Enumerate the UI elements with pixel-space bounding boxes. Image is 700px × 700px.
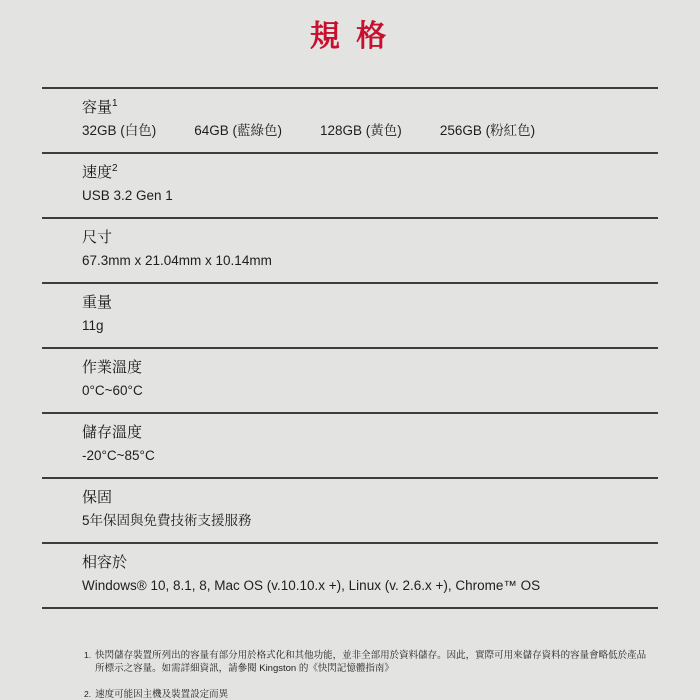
spec-row-dimensions: 尺寸 67.3mm x 21.04mm x 10.14mm — [42, 217, 658, 282]
spec-label-speed: 速度2 — [82, 163, 658, 183]
spec-label-text: 容量 — [82, 99, 112, 116]
footnote-text: 快閃儲存裝置所列出的容量有部分用於格式化和其他功能，並非全部用於資料儲存。因此，… — [95, 649, 652, 675]
spec-label-weight: 重量 — [82, 293, 658, 313]
footnote-1: 1. 快閃儲存裝置所列出的容量有部分用於格式化和其他功能，並非全部用於資料儲存。… — [84, 649, 652, 675]
spec-value-compatibility: Windows® 10, 8.1, 8, Mac OS (v.10.10.x +… — [82, 577, 658, 595]
spec-row-capacity: 容量1 32GB (白色) 64GB (藍綠色) 128GB (黃色) 256G… — [42, 87, 658, 152]
capacity-option: 64GB (藍綠色) — [194, 122, 282, 140]
spec-value-operating-temperature: 0°C~60°C — [82, 382, 658, 400]
spec-value-weight: 11g — [82, 317, 658, 335]
spec-label-text: 尺寸 — [82, 229, 112, 246]
capacity-option: 32GB (白色) — [82, 122, 156, 140]
spec-value-dimensions: 67.3mm x 21.04mm x 10.14mm — [82, 252, 658, 270]
spec-row-warranty: 保固 5年保固與免費技術支援服務 — [42, 477, 658, 542]
spec-label-capacity: 容量1 — [82, 98, 658, 118]
spec-label-compatibility: 相容於 — [82, 553, 658, 573]
spec-row-weight: 重量 11g — [42, 282, 658, 347]
spec-label-storage-temperature: 儲存溫度 — [82, 423, 658, 443]
page-title: 規 格 — [0, 0, 700, 56]
spec-label-text: 相容於 — [82, 554, 127, 571]
spec-label-text: 保固 — [82, 489, 112, 506]
spec-sheet-page: 規 格 容量1 32GB (白色) 64GB (藍綠色) 128GB (黃色) … — [0, 0, 700, 700]
capacity-options: 32GB (白色) 64GB (藍綠色) 128GB (黃色) 256GB (粉… — [82, 122, 658, 140]
footnote-text: 速度可能因主機及裝置設定而異 — [95, 688, 228, 700]
footnotes: 1. 快閃儲存裝置所列出的容量有部分用於格式化和其他功能，並非全部用於資料儲存。… — [84, 649, 652, 700]
spec-row-storage-temperature: 儲存溫度 -20°C~85°C — [42, 412, 658, 477]
spec-row-speed: 速度2 USB 3.2 Gen 1 — [42, 152, 658, 217]
spec-value-speed: USB 3.2 Gen 1 — [82, 187, 658, 205]
spec-label-text: 重量 — [82, 294, 112, 311]
spec-label-text: 速度 — [82, 164, 112, 181]
footnote-marker: 1. — [84, 649, 95, 661]
spec-label-text: 作業溫度 — [82, 359, 142, 376]
footnote-ref-1: 1 — [112, 98, 118, 109]
spec-value-warranty: 5年保固與免費技術支援服務 — [82, 512, 658, 530]
footnote-ref-2: 2 — [112, 163, 118, 174]
spec-label-operating-temperature: 作業溫度 — [82, 358, 658, 378]
capacity-option: 256GB (粉紅色) — [440, 122, 535, 140]
spec-label-text: 儲存溫度 — [82, 424, 142, 441]
spec-label-warranty: 保固 — [82, 488, 658, 508]
spec-value-storage-temperature: -20°C~85°C — [82, 447, 658, 465]
footnote-marker: 2. — [84, 688, 95, 700]
spec-label-dimensions: 尺寸 — [82, 228, 658, 248]
spec-row-operating-temperature: 作業溫度 0°C~60°C — [42, 347, 658, 412]
spec-table: 容量1 32GB (白色) 64GB (藍綠色) 128GB (黃色) 256G… — [42, 87, 658, 609]
spec-row-compatibility: 相容於 Windows® 10, 8.1, 8, Mac OS (v.10.10… — [42, 542, 658, 607]
capacity-option: 128GB (黃色) — [320, 122, 402, 140]
footnote-2: 2. 速度可能因主機及裝置設定而異 — [84, 688, 652, 700]
